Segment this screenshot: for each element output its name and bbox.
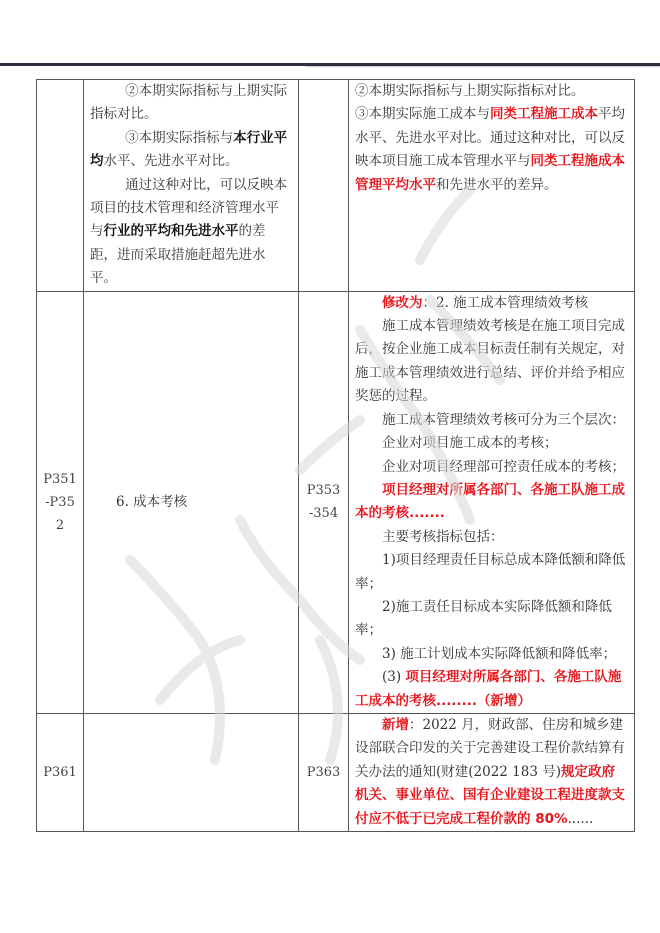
old-page-cell: P361 [37,713,84,831]
old-content-text: 6. 成本考核 [116,494,187,510]
table-row: ②本期实际指标与上期实际指标对比。③本期实际指标与本行业平均水平、先进水平对比。… [37,80,635,292]
paragraph: 通过这种对比，可以反映本项目的技术管理和经济管理水平与行业的平均和先进水平的差距… [90,174,292,291]
paragraph: 3) 施工计划成本实际降低额和降低率； [355,643,628,666]
new-page-cell [299,80,349,292]
paragraph: 2)施工责任目标成本实际降低额和降低率； [355,596,628,643]
body-text: 3) 施工计划成本实际降低额和降低率； [382,646,616,662]
body-text: 主要考核指标包括： [382,529,504,545]
new-page-cell: P363 [299,713,349,831]
body-text: ：2. 施工成本管理绩效考核 [423,295,589,311]
new-content-cell: 修改为：2. 施工成本管理绩效考核施工成本管理绩效考核是在施工项目完成后，按企业… [349,291,635,713]
old-page-cell [37,80,84,292]
body-text: ②本期实际指标与上期实际指标对比。 [90,83,287,122]
paragraph: ②本期实际指标与上期实际指标对比。 [90,80,292,127]
new-content-text: 修改为：2. 施工成本管理绩效考核施工成本管理绩效考核是在施工项目完成后，按企业… [355,292,628,713]
paragraph: ②本期实际指标与上期实际指标对比。 [355,80,628,103]
body-text: 企业对项目经理部可控责任成本的考核； [382,459,625,475]
highlight-text: 新增 [382,717,409,733]
body-text: 和先进水平的差异。 [436,177,558,193]
body-text: 2)施工责任目标成本实际降低额和降低率； [355,599,612,638]
body-text: 施工成本管理绩效考核可分为三个层次： [382,412,625,428]
paragraph: 施工成本管理绩效考核是在施工项目完成后，按企业施工成本目标责任制有关规定，对施工… [355,315,628,409]
highlight-text: 同类工程施工成本 [490,106,598,122]
table-row: P361 P363 新增：2022 月，财政部、住房和城乡建设部联合印发的关于完… [37,713,635,831]
new-page-cell: P353-354 [299,291,349,713]
old-content-text: ②本期实际指标与上期实际指标对比。③本期实际指标与本行业平均水平、先进水平对比。… [90,80,292,291]
body-text: 1)项目经理责任目标总成本降低额和降低率； [355,552,625,591]
new-page-label: P353-354 [306,479,342,525]
bold-text: 行业的平均和先进水平 [104,223,239,239]
paragraph: 1)项目经理责任目标总成本降低额和降低率； [355,549,628,596]
body-text: 水平、先进水平对比。 [104,153,239,169]
body-text: (3) [382,669,405,685]
paragraph: (3) 项目经理对所属各部门、各施工队施工成本的考核........（新增） [355,666,628,713]
old-page-cell: P351-P352 [37,291,84,713]
old-content-cell: 6. 成本考核 [84,291,299,713]
paragraph: 企业对项目经理部可控责任成本的考核； [355,456,628,479]
comparison-table: ②本期实际指标与上期实际指标对比。③本期实际指标与本行业平均水平、先进水平对比。… [36,79,635,832]
body-text: ③本期实际指标与 [125,130,233,146]
paragraph: 修改为：2. 施工成本管理绩效考核 [355,292,628,315]
new-content-cell: 新增：2022 月，财政部、住房和城乡建设部联合印发的关于完善建设工程价款结算有… [349,713,635,831]
body-text: 企业对项目施工成本的考核； [382,435,558,451]
highlight-text: 修改为 [382,295,423,311]
old-content-cell [84,713,299,831]
old-content-cell: ②本期实际指标与上期实际指标对比。③本期实际指标与本行业平均水平、先进水平对比。… [84,80,299,292]
paragraph: ③本期实际施工成本与同类工程施工成本平均水平、先进水平对比。通过这种对比，可以反… [355,103,628,197]
highlight-text: 项目经理对所属各部门、各施工队施工成本的考核....... [355,482,625,521]
old-page-label: P351-P352 [43,468,77,537]
paragraph: 企业对项目施工成本的考核； [355,432,628,455]
paragraph: 新增：2022 月，财政部、住房和城乡建设部联合印发的关于完善建设工程价款结算有… [355,714,628,831]
new-content-text: ②本期实际指标与上期实际指标对比。③本期实际施工成本与同类工程施工成本平均水平、… [355,80,628,197]
paragraph: 主要考核指标包括： [355,526,628,549]
paragraph: 项目经理对所属各部门、各施工队施工成本的考核....... [355,479,628,526]
table-row: P351-P352 6. 成本考核 P353-354 修改为：2. 施工成本管理… [37,291,635,713]
paragraph: 施工成本管理绩效考核可分为三个层次： [355,409,628,432]
paragraph: ③本期实际指标与本行业平均水平、先进水平对比。 [90,127,292,174]
new-content-cell: ②本期实际指标与上期实际指标对比。③本期实际施工成本与同类工程施工成本平均水平、… [349,80,635,292]
new-content-text: 新增：2022 月，财政部、住房和城乡建设部联合印发的关于完善建设工程价款结算有… [355,714,628,831]
header-rule-accent [305,66,660,67]
body-text: ②本期实际指标与上期实际指标对比。 [355,83,585,99]
body-text: 施工成本管理绩效考核是在施工项目完成后，按企业施工成本目标责任制有关规定，对施工… [355,318,625,404]
body-text: ③本期实际施工成本与 [355,106,490,122]
body-text: ...... [568,811,594,827]
